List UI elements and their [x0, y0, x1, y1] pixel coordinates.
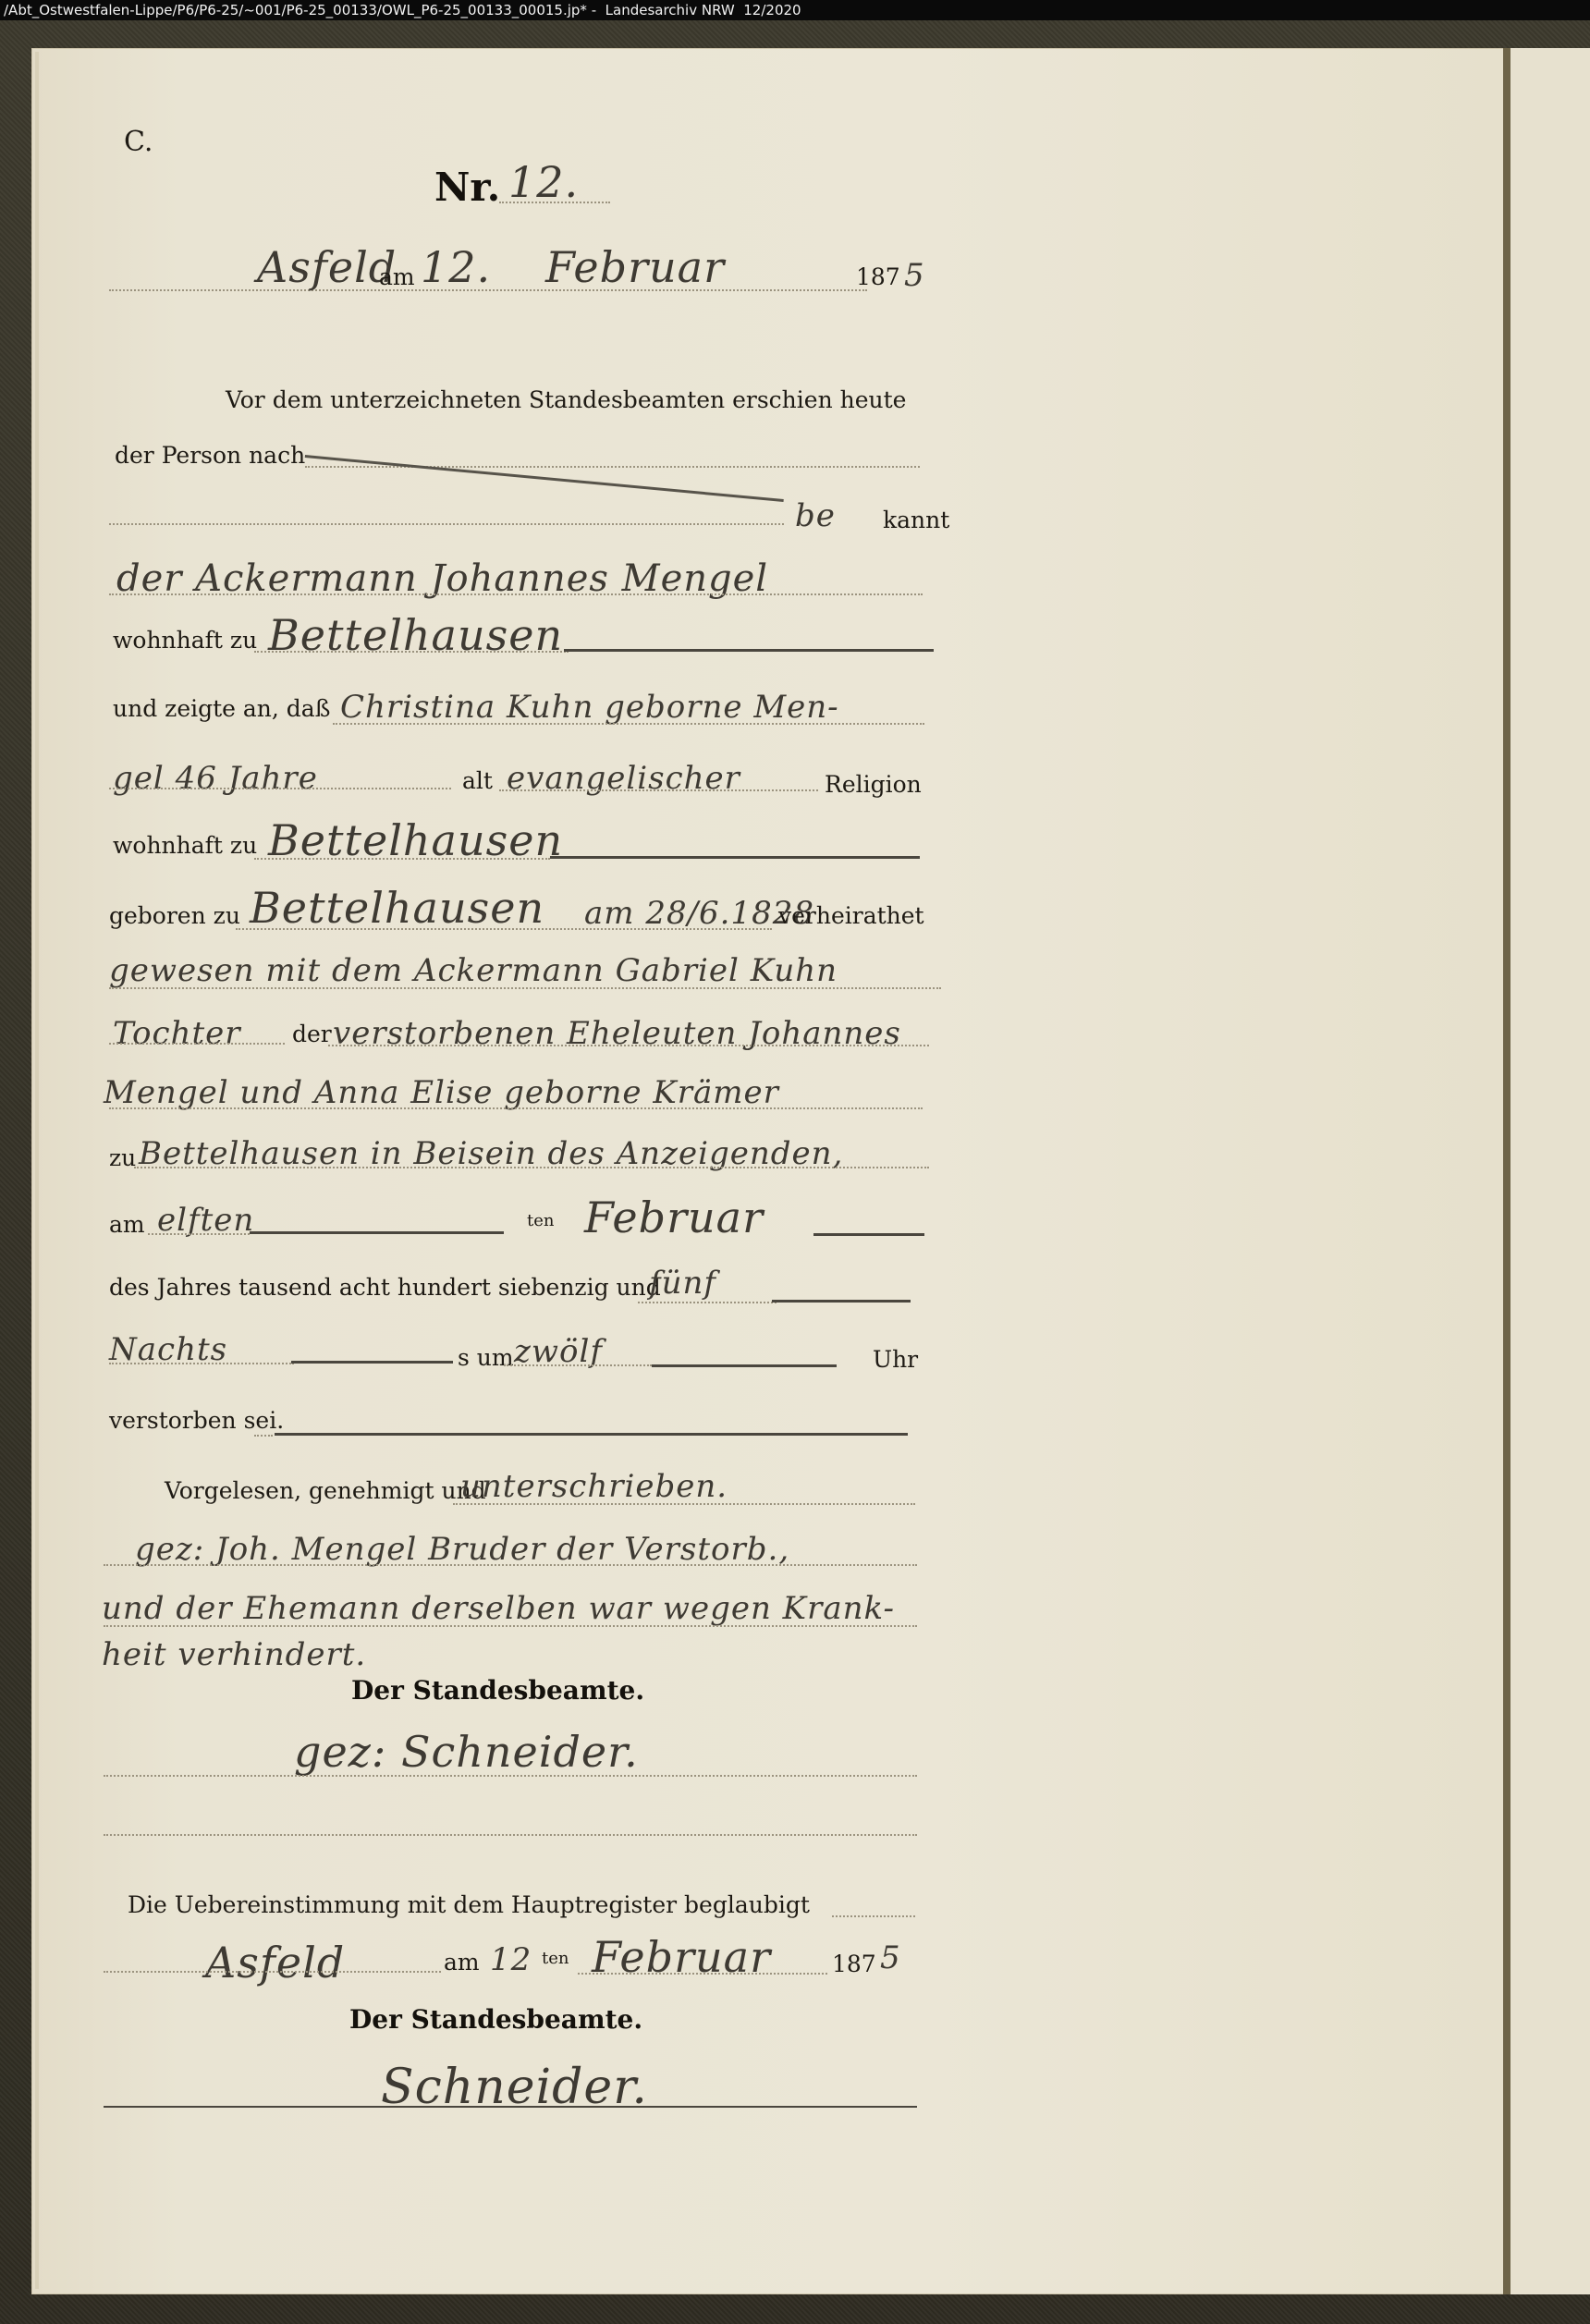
parents-line-1: verstorbenen Eheleuten Johannes: [333, 1015, 901, 1052]
read-hand: unterschrieben.: [460, 1468, 728, 1505]
page-edge: [35, 52, 39, 2289]
header-year-suffix: 5: [904, 257, 925, 294]
born-place: Bettelhausen: [250, 883, 544, 933]
s-um-label: s um: [458, 1344, 514, 1371]
cert-year-suffix: 5: [880, 1939, 901, 1976]
died-label: verstorben sei.: [109, 1407, 284, 1434]
header-place: Asfeld: [257, 242, 397, 292]
intro-text: Vor dem unterzeichneten Standesbeamten e…: [226, 386, 906, 413]
zu-label: zu: [109, 1144, 136, 1171]
signature-line-2: und der Ehemann derselben war wegen Kran…: [102, 1590, 895, 1627]
cert-day: 12: [490, 1941, 532, 1978]
year-hand: fünf: [649, 1265, 716, 1302]
signature-line-1: gez: Joh. Mengel Bruder der Verstorb.,: [135, 1531, 789, 1568]
cert-ten: ten: [542, 1949, 569, 1968]
born-label: geboren zu: [109, 902, 240, 929]
known-print: kannt: [883, 507, 949, 533]
announce-label: und zeigte an, daß: [113, 695, 330, 722]
religion-label: Religion: [825, 771, 922, 798]
known-hand: be: [795, 497, 836, 534]
uhr-label: Uhr: [873, 1346, 918, 1373]
deceased-line-2: gel 46 Jahre: [113, 760, 318, 797]
residence-label-2: wohnhaft zu: [113, 832, 257, 859]
certification-text: Die Uebereinstimmung mit dem Hauptregist…: [128, 1891, 810, 1918]
am-label: am: [109, 1211, 145, 1238]
death-month: Februar: [584, 1193, 764, 1242]
married-label: verheirathet: [778, 902, 924, 929]
year-text: des Jahres tausend acht hundert siebenzi…: [109, 1274, 661, 1301]
nr-label: Nr.: [434, 165, 500, 210]
header-year-prefix: 187: [856, 263, 900, 290]
signature-line-3: heit verhindert.: [102, 1636, 366, 1673]
daughter-print: der: [292, 1021, 332, 1047]
cert-am: am: [444, 1949, 480, 1975]
header-month: Februar: [545, 242, 725, 292]
deceased-line-1: Christina Kuhn geborne Men-: [340, 689, 839, 726]
officer-signature: gez: Schneider.: [294, 1727, 639, 1777]
read-label: Vorgelesen, genehmigt und: [165, 1477, 486, 1504]
header-am: am: [379, 263, 415, 290]
officer-title: Der Standesbeamte.: [351, 1675, 644, 1706]
person-label: der Person nach: [115, 442, 305, 469]
ten-label: ten: [527, 1211, 554, 1230]
window-title-bar: /Abt_Ostwestfalen-Lippe/P6/P6-25/~001/P6…: [0, 0, 1590, 20]
cert-place: Asfeld: [205, 1938, 345, 1988]
married-line: gewesen mit dem Ackermann Gabriel Kuhn: [109, 952, 838, 989]
parents-line-2: Mengel und Anna Elise geborne Krämer: [104, 1074, 779, 1111]
daughter-hand: Tochter: [113, 1015, 240, 1052]
age-label: alt: [462, 767, 493, 794]
form-letter: C.: [124, 126, 153, 158]
religion-value: evangelischer: [507, 760, 740, 797]
facing-page: [1510, 48, 1590, 2294]
residence-label: wohnhaft zu: [113, 627, 257, 654]
nr-value: 12.: [508, 157, 579, 207]
cert-officer-title: Der Standesbeamte.: [349, 2004, 642, 2035]
header-day: 12.: [421, 242, 491, 292]
cert-year-prefix: 187: [832, 1951, 876, 1977]
book-gutter: [1503, 48, 1510, 2294]
